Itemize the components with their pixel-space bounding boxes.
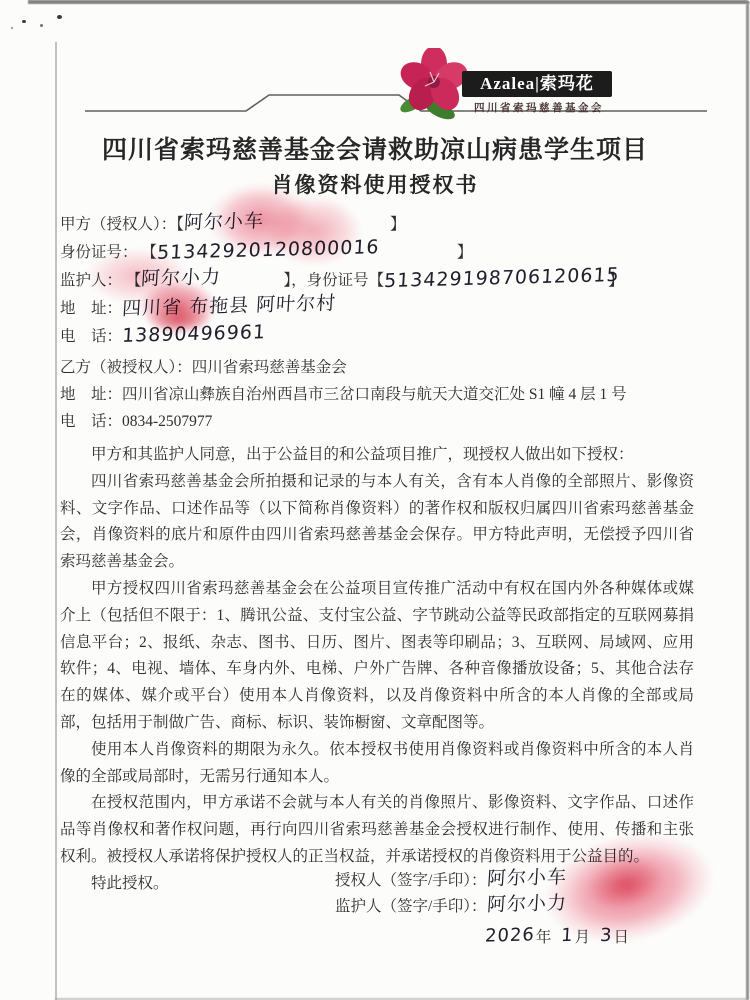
guardian-signature-label: 监护人（签字/手印）：	[335, 898, 487, 915]
logo-badge: Azalea|索玛花	[462, 71, 612, 97]
address-label: 地 址：	[60, 300, 122, 317]
guardian-signature-line: 监护人（签字/手印）：阿尔小力	[335, 894, 725, 920]
agreement-body: 甲方和其监护人同意，出于公益目的和公益项目推广，现授权人做出如下授权： 四川省索…	[60, 442, 694, 898]
body-paragraph: 甲方和其监护人同意，出于公益目的和公益项目推广，现授权人做出如下授权：	[60, 442, 694, 469]
handwritten-month: 1	[561, 927, 575, 945]
guardian-id-label: 】，身份证号【	[283, 272, 384, 289]
body-paragraph: 在授权范围内，甲方承诺不会就与本人有关的肖像照片、影像资料、文字作品、口述作品等…	[60, 790, 694, 870]
party-a-address-line: 地 址：四川省 布拖县 阿叶尔村	[60, 295, 694, 323]
handwritten-guardian-signature: 阿尔小力	[486, 894, 567, 915]
handwritten-party-a-name: 阿尔小车	[183, 212, 264, 233]
year-unit: 年	[536, 929, 552, 946]
handwritten-guardian-name: 阿尔小力	[141, 268, 222, 289]
party-a-phone-line: 电 话：13890496961	[60, 323, 694, 351]
document-page: Azalea|索玛花 四川省索玛慈善基金会 四川省索玛慈善基金会请救助凉山病患学…	[0, 0, 750, 1000]
document-subtitle: 肖像资料使用授权书	[0, 169, 750, 199]
bracket-close: 】	[457, 244, 473, 261]
guardian-line: 监护人： 【阿尔小力】，身份证号【513429198706120615】	[60, 267, 694, 295]
party-a-id-label: 身份证号： 【	[60, 244, 157, 261]
body-paragraph: 甲方授权四川省索玛慈善基金会在公益项目宣传推广活动中有权在国内外各种媒体或媒介上…	[60, 576, 694, 737]
logo-org-name: 四川省索玛慈善基金会	[466, 100, 612, 115]
authorizer-signature-label: 授权人（签字/手印）：	[335, 872, 487, 889]
party-a-name-line: 甲方（授权人）：【阿尔小车】	[60, 211, 694, 239]
header-band-line	[0, 0, 750, 130]
handwritten-authorizer-signature: 阿尔小车	[486, 868, 567, 889]
body-paragraph: 使用本人肖像资料的期限为永久。依本授权书使用肖像资料或肖像资料中所含的本人肖像的…	[60, 737, 694, 791]
signature-section: 授权人（签字/手印）：阿尔小车 监护人（签字/手印）：阿尔小力 2026年 1月…	[335, 868, 725, 951]
party-a-section: 甲方（授权人）：【阿尔小车】 身份证号： 【51342920120800016】…	[60, 211, 694, 351]
bracket-close: 】	[390, 216, 406, 233]
party-a-name-label: 甲方（授权人）：【	[60, 216, 184, 233]
guardian-label: 监护人： 【	[60, 272, 141, 289]
handwritten-day: 3	[599, 927, 613, 945]
date-line: 2026年 1月 3日	[335, 925, 725, 951]
party-b-phone-line: 电 话：0834-2507977	[60, 408, 694, 435]
party-b-section: 乙方（被授权人）：四川省索玛慈善基金会 地 址：四川省凉山彝族自治州西昌市三岔口…	[60, 354, 694, 435]
day-unit: 日	[614, 929, 630, 946]
handwritten-party-a-id: 51342920120800016	[156, 238, 380, 263]
party-a-id-line: 身份证号： 【51342920120800016】	[60, 239, 694, 267]
phone-label: 电 话：	[60, 328, 122, 345]
handwritten-address: 四川省 布拖县 阿叶尔村	[121, 294, 336, 319]
handwritten-year: 2026	[484, 926, 535, 945]
party-b-address-line: 地 址：四川省凉山彝族自治州西昌市三岔口南段与航天大道交汇处 S1 幢 4 层 …	[60, 381, 694, 408]
body-paragraph: 四川省索玛慈善基金会所拍摄和记录的与本人有关，含有本人肖像的全部照片、影像资料、…	[60, 469, 694, 576]
month-unit: 月	[575, 929, 591, 946]
handwritten-phone: 13890496961	[121, 323, 266, 346]
handwritten-guardian-id: 513429198706120615	[384, 266, 621, 291]
document-title: 四川省索玛慈善基金会请救助凉山病患学生项目	[0, 130, 750, 166]
party-b-name-line: 乙方（被授权人）：四川省索玛慈善基金会	[60, 354, 694, 381]
authorizer-signature-line: 授权人（签字/手印）：阿尔小车	[335, 868, 725, 894]
foundation-logo: Azalea|索玛花 四川省索玛慈善基金会	[388, 48, 628, 120]
